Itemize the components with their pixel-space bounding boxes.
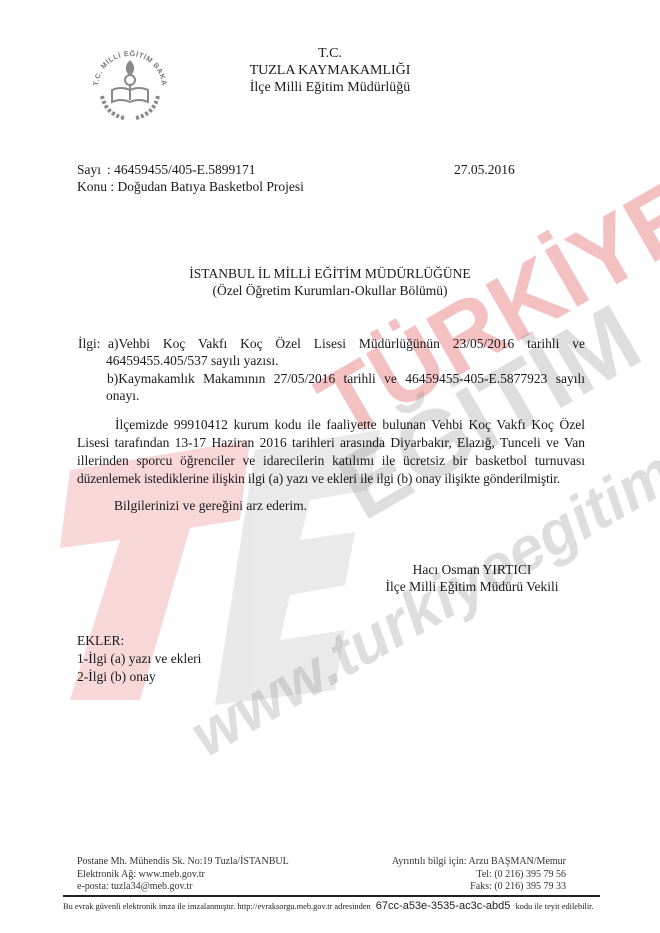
signatory-title: İlçe Milli Eğitim Müdürü Vekili bbox=[372, 578, 572, 595]
konu-value: : Doğudan Batıya Basketbol Projesi bbox=[110, 179, 303, 194]
attachment-item: 1-İlgi (a) yazı ve ekleri bbox=[77, 650, 201, 668]
ilgi-b-line1: b)Kaymakamlık Makamının 27/05/2016 tarih… bbox=[107, 370, 585, 387]
footer-phone: Tel: (0 216) 395 79 56 bbox=[380, 869, 566, 882]
header-department: İlçe Milli Eğitim Müdürlüğü bbox=[225, 79, 435, 96]
reference-number: Sayı: 46459455/405-E.5899171 bbox=[77, 161, 256, 178]
subject-line: Konu : Doğudan Batıya Basketbol Projesi bbox=[77, 178, 304, 195]
attachments-label: EKLER: bbox=[77, 632, 201, 650]
signature-block: Hacı Osman YIRTICI İlçe Milli Eğitim Müd… bbox=[372, 561, 572, 595]
addressee-name: İSTANBUL İL MİLLİ EĞİTİM MÜDÜRLÜĞÜNE bbox=[160, 265, 500, 282]
konu-label: Konu bbox=[77, 179, 107, 194]
footer-postal-address: Postane Mh. Mühendis Sk. No:19 Tuzla/İST… bbox=[77, 856, 289, 869]
header-block: T.C. TUZLA KAYMAKAMLIĞI İlçe Milli Eğiti… bbox=[225, 45, 435, 96]
ilgi-b-line2: onayı. bbox=[106, 387, 139, 404]
footer-divider bbox=[63, 895, 600, 897]
footer-website[interactable]: Elektronik Ağ: www.meb.gov.tr bbox=[77, 869, 289, 882]
verify-code: 67cc-a53e-3535-ac3c-abd5 bbox=[376, 900, 511, 912]
e-signature-notice: Bu evrak güvenli elektronik imza ile imz… bbox=[63, 900, 594, 913]
footer-contact-person: Ayrıntılı bilgi için: Arzu BAŞMAN/Memur bbox=[380, 856, 566, 869]
footer-fax: Faks: (0 216) 395 79 33 bbox=[380, 881, 566, 894]
verify-suffix: kodu ile teyit edilebilir. bbox=[515, 902, 593, 911]
document-date: 27.05.2016 bbox=[454, 161, 515, 178]
ilgi-label: İlgi: bbox=[78, 335, 101, 352]
header-country: T.C. bbox=[225, 45, 435, 62]
footer-email[interactable]: e-posta: tuzla34@meb.gov.tr bbox=[77, 881, 289, 894]
body-line1: İlçemizde 99910412 kurum kodu ile faaliy… bbox=[115, 416, 585, 433]
addressee-unit: (Özel Öğretim Kurumları-Okullar Bölümü) bbox=[160, 282, 500, 299]
document-page: T.C. MİLLİ EĞİTİM BAKANLIĞI T.C. TUZLA K… bbox=[0, 0, 660, 933]
body-line4: düzenlemek istediklerine ilişkin ilgi (a… bbox=[77, 470, 585, 487]
ilgi-a-line2: 46459455.405/537 sayılı yazısı. bbox=[106, 352, 279, 369]
body-line3: illerinden sporcu öğrenciler ve idarecil… bbox=[77, 452, 585, 469]
attachment-item: 2-İlgi (b) onay bbox=[77, 668, 201, 686]
footer-address: Postane Mh. Mühendis Sk. No:19 Tuzla/İST… bbox=[77, 856, 289, 894]
closing-sentence: Bilgilerinizi ve gereğini arz ederim. bbox=[114, 497, 307, 514]
ministry-logo: T.C. MİLLİ EĞİTİM BAKANLIĞI bbox=[84, 38, 176, 130]
verify-prefix: Bu evrak güvenli elektronik imza ile imz… bbox=[63, 902, 371, 911]
sayi-value: : 46459455/405-E.5899171 bbox=[107, 162, 256, 177]
body-line2: Lisesi tarafından 13-17 Haziran 2016 tar… bbox=[77, 434, 585, 451]
sayi-label: Sayı bbox=[77, 162, 101, 177]
ilgi-a-line1: a)Vehbi Koç Vakfı Koç Özel Lisesi Müdürl… bbox=[108, 335, 585, 352]
header-institution: TUZLA KAYMAKAMLIĞI bbox=[225, 62, 435, 79]
addressee-block: İSTANBUL İL MİLLİ EĞİTİM MÜDÜRLÜĞÜNE (Öz… bbox=[160, 265, 500, 299]
ministry-emblem-icon: T.C. MİLLİ EĞİTİM BAKANLIĞI bbox=[84, 38, 176, 130]
attachments-block: EKLER: 1-İlgi (a) yazı ve ekleri 2-İlgi … bbox=[77, 632, 201, 686]
signatory-name: Hacı Osman YIRTICI bbox=[372, 561, 572, 578]
footer-contact: Ayrıntılı bilgi için: Arzu BAŞMAN/Memur … bbox=[380, 856, 566, 894]
svg-text:T.C. MİLLİ EĞİTİM BAKANLIĞI: T.C. MİLLİ EĞİTİM BAKANLIĞI bbox=[84, 38, 169, 86]
